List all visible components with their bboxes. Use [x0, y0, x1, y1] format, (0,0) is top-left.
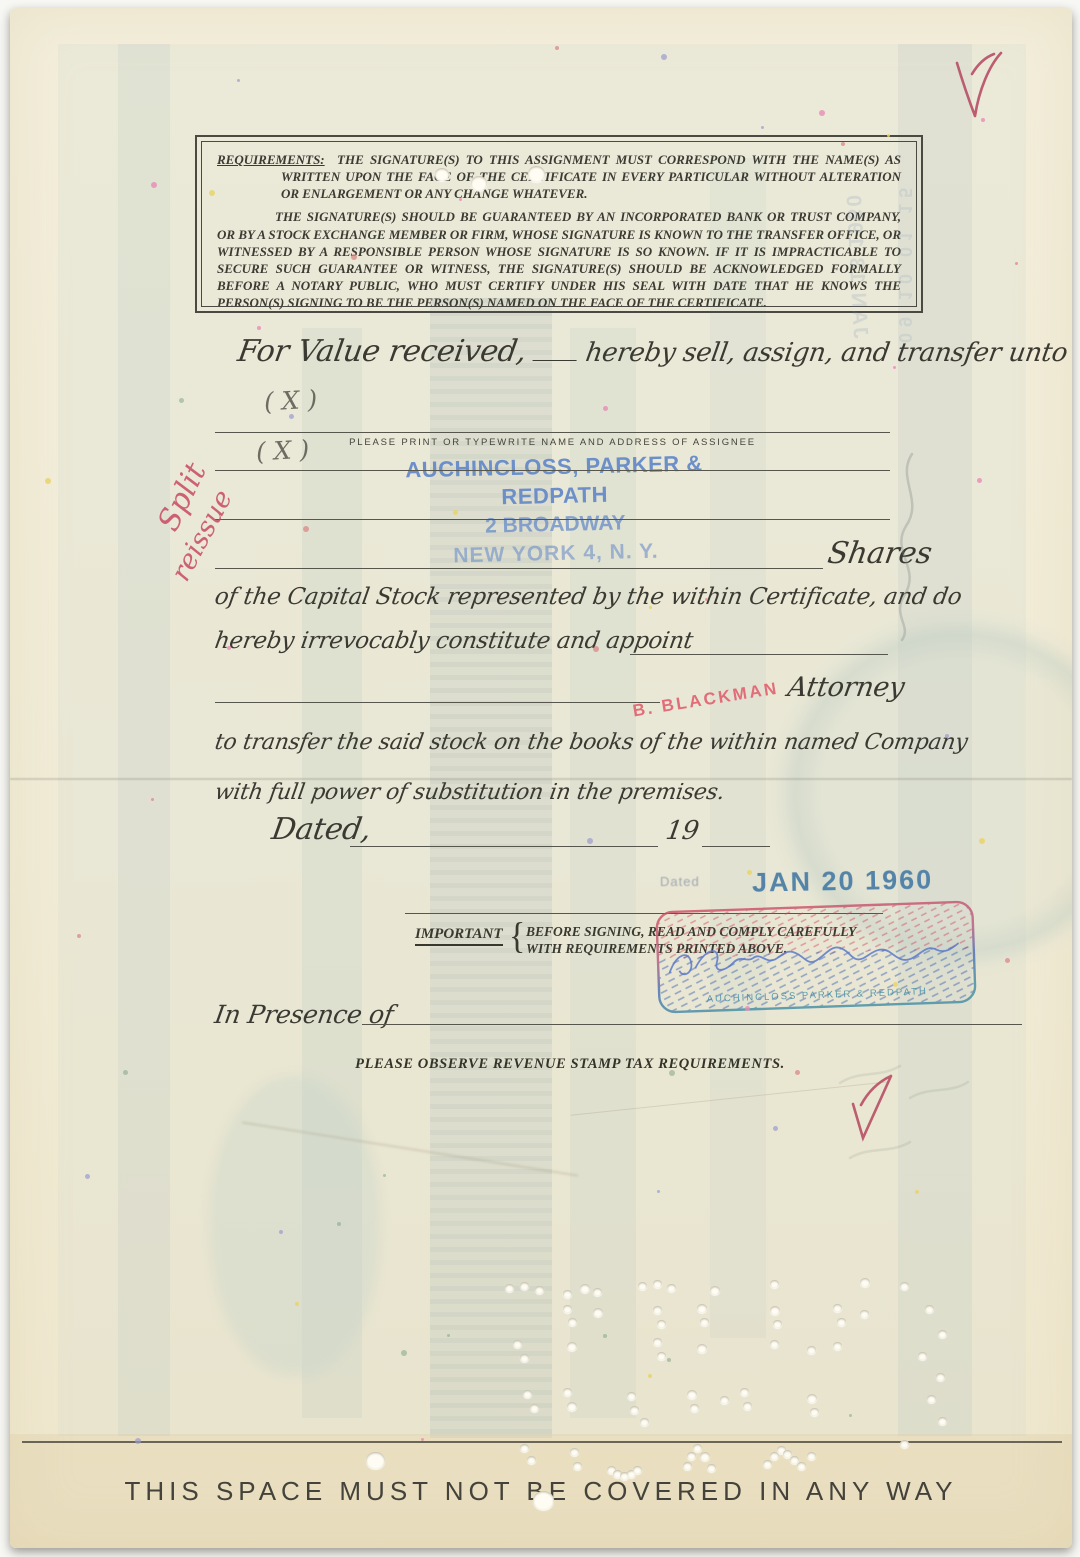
- color-speckle: [603, 1334, 607, 1338]
- red-checkmark-bottom: [853, 1076, 891, 1138]
- punch-hole: [435, 168, 449, 181]
- punch-hole: [520, 1282, 529, 1290]
- capital-stock-line: of the Capital Stock represented by the …: [213, 584, 963, 610]
- requirements-text-1: THE SIGNATURE(S) TO THIS ASSIGNMENT MUST…: [281, 152, 901, 201]
- punch-hole: [807, 1346, 816, 1354]
- punch-hole: [687, 1390, 697, 1399]
- color-speckle: [603, 406, 608, 411]
- wrinkle-crease: [242, 1121, 578, 1176]
- punch-hole: [627, 1392, 636, 1400]
- color-speckle: [227, 646, 231, 650]
- ghost-pencil-scribbles: [840, 1066, 968, 1158]
- value-received-line: For Value received,hereby sell, assign, …: [235, 334, 1070, 369]
- color-speckle: [667, 1358, 671, 1362]
- transfer-books-line: to transfer the said stock on the books …: [213, 730, 969, 755]
- punch-hole: [667, 1284, 676, 1292]
- signature-guarantee-stamp: AUCHINCLOSS PARKER & REDPATH: [653, 898, 979, 1017]
- punch-hole: [697, 1304, 707, 1313]
- punch-hole: [936, 1373, 945, 1381]
- color-speckle: [705, 598, 708, 601]
- punch-hole: [533, 1491, 554, 1510]
- color-speckle: [555, 46, 559, 50]
- punch-hole: [683, 1462, 692, 1470]
- color-speckle: [123, 1070, 128, 1075]
- red-checkmark-top: [957, 53, 1001, 116]
- punch-hole: [563, 1290, 572, 1298]
- punch-hole: [900, 1440, 909, 1448]
- color-speckle: [179, 398, 184, 403]
- color-speckle: [849, 1414, 852, 1417]
- color-speckle: [915, 1190, 919, 1194]
- color-speckle: [669, 1070, 675, 1076]
- color-speckle: [761, 126, 764, 129]
- punch-hole: [833, 1342, 842, 1350]
- punch-hole: [523, 1390, 532, 1398]
- punch-hole: [653, 1280, 662, 1288]
- punch-hole: [810, 1408, 819, 1416]
- color-speckle: [657, 1190, 660, 1193]
- revenue-stamp-note: PLEASE OBSERVE REVENUE STAMP TAX REQUIRE…: [290, 1056, 850, 1073]
- color-speckle: [773, 1126, 778, 1131]
- punch-hole: [797, 1462, 806, 1470]
- punch-hole: [657, 1320, 666, 1328]
- dated-blank-line: [350, 846, 658, 847]
- color-speckle: [151, 182, 157, 188]
- punch-hole: [938, 1417, 947, 1425]
- date-received-stamp: JAN 20 1960: [752, 864, 934, 898]
- punch-hole: [925, 1305, 934, 1313]
- punch-hole: [860, 1278, 870, 1287]
- color-speckle: [303, 526, 309, 532]
- punch-hole: [773, 1320, 782, 1328]
- color-speckle: [459, 198, 462, 201]
- punch-hole: [700, 1318, 709, 1326]
- punch-hole: [770, 1452, 779, 1460]
- punch-hole: [633, 1466, 642, 1474]
- punch-hole: [837, 1318, 846, 1326]
- punch-hole: [568, 1318, 577, 1326]
- punch-hole: [567, 1402, 577, 1411]
- punch-hole: [697, 1344, 707, 1353]
- color-speckle: [795, 1070, 800, 1075]
- witness-line: [362, 1024, 1022, 1025]
- punch-hole: [563, 1305, 572, 1313]
- guarantee-stamp-graphic: AUCHINCLOSS PARKER & REDPATH: [653, 898, 979, 1017]
- color-speckle: [209, 190, 215, 196]
- punch-hole: [513, 1340, 522, 1348]
- punch-hole: [927, 1395, 936, 1403]
- attorney-blank-line: [215, 702, 660, 703]
- punch-hole: [693, 1444, 702, 1452]
- color-speckle: [337, 1222, 341, 1226]
- color-speckle: [135, 1438, 141, 1444]
- important-brace: {: [509, 916, 525, 958]
- dated-faint-stamp: Dated: [660, 874, 700, 889]
- punch-hole: [687, 1452, 696, 1460]
- punch-hole: [580, 1284, 590, 1293]
- assignee-line-2: [215, 519, 890, 520]
- assignee-stamp-name: AUCHINCLOSS, PARKER & REDPATH: [349, 447, 760, 514]
- punch-hole: [833, 1304, 842, 1312]
- requirements-box: REQUIREMENTS: THE SIGNATURE(S) TO THIS A…: [195, 135, 923, 313]
- punch-hole: [860, 1310, 869, 1318]
- color-speckle: [747, 870, 752, 875]
- attorney-label: Attorney: [786, 672, 907, 703]
- shares-label: Shares: [825, 536, 934, 571]
- punch-hole: [530, 1404, 539, 1412]
- year-blank-line: [702, 846, 770, 847]
- color-speckle: [295, 1302, 299, 1306]
- assignee-address-stamp: AUCHINCLOSS, PARKER & REDPATH 2 BROADWAY…: [349, 447, 762, 572]
- wrinkle-crease-2: [571, 1081, 889, 1115]
- punch-hole: [573, 1462, 582, 1470]
- punch-hole: [520, 1444, 529, 1452]
- color-speckle: [77, 934, 81, 938]
- color-speckle: [237, 79, 240, 82]
- punch-hole: [567, 1342, 577, 1351]
- color-speckle: [745, 1006, 750, 1011]
- color-speckle: [421, 1438, 424, 1441]
- punch-hole: [900, 1282, 909, 1290]
- color-speckle: [587, 838, 593, 844]
- punch-hole: [690, 1404, 699, 1412]
- color-speckle: [648, 1374, 652, 1378]
- attorney-name-line: [630, 654, 888, 655]
- color-speckle: [593, 646, 599, 652]
- constitute-line: hereby irrevocably constitute and appoin…: [213, 628, 695, 654]
- punch-hole: [763, 1460, 772, 1468]
- punch-hole: [527, 1456, 536, 1464]
- punch-hole: [366, 1452, 385, 1469]
- punch-hole: [520, 1354, 529, 1362]
- shares-line: [215, 568, 823, 569]
- color-speckle: [649, 606, 652, 609]
- punch-hole: [570, 1448, 579, 1456]
- color-speckle: [945, 734, 949, 738]
- punch-hole: [938, 1330, 947, 1338]
- requirements-paragraph-2: THE SIGNATURE(S) SHOULD BE GUARANTEED BY…: [217, 208, 901, 311]
- punch-hole: [707, 1464, 716, 1472]
- dated-label: Dated,: [269, 812, 373, 847]
- attorney-name-stamp: B. BLACKMAN: [631, 679, 780, 722]
- punch-hole: [770, 1280, 779, 1288]
- requirements-paragraph-1: REQUIREMENTS: THE SIGNATURE(S) TO THIS A…: [217, 151, 901, 202]
- punch-hole: [657, 1352, 666, 1360]
- punch-hole: [638, 1282, 647, 1290]
- punch-hole: [471, 176, 487, 191]
- color-speckle: [257, 326, 261, 330]
- color-speckle: [819, 110, 825, 116]
- punch-hole: [700, 1452, 710, 1461]
- color-speckle: [893, 366, 896, 369]
- color-speckle: [453, 510, 458, 515]
- color-speckle: [893, 982, 898, 987]
- punch-hole: [563, 1388, 572, 1396]
- punch-hole: [770, 1306, 780, 1315]
- substitution-line: with full power of substitution in the p…: [213, 780, 726, 805]
- color-speckle: [289, 414, 294, 419]
- color-speckle: [841, 142, 845, 146]
- punch-hole: [807, 1394, 817, 1403]
- color-speckle: [351, 254, 357, 260]
- important-label: IMPORTANT: [415, 926, 503, 946]
- punch-hole: [593, 1308, 603, 1317]
- color-speckle: [1005, 958, 1010, 963]
- blank-assignor: [533, 360, 577, 361]
- punch-hole: [720, 1396, 729, 1404]
- punch-hole: [807, 1452, 816, 1460]
- punch-hole: [640, 1418, 649, 1426]
- assignee-line-0: [215, 432, 890, 433]
- showthrough-medallion: [210, 1076, 380, 1376]
- color-speckle: [383, 1174, 386, 1177]
- color-speckle: [45, 478, 51, 484]
- color-speckle: [401, 1350, 407, 1356]
- color-speckle: [661, 54, 667, 60]
- punch-hole: [528, 166, 545, 182]
- color-speckle: [151, 798, 154, 801]
- sell-assign-text: hereby sell, assign, and transfer unto: [583, 338, 1069, 368]
- year-prefix: 19: [664, 816, 701, 846]
- color-speckle: [977, 478, 982, 483]
- showthrough-band-left: [118, 44, 170, 1436]
- assignee-caption: PLEASE PRINT OR TYPEWRITE NAME AND ADDRE…: [215, 437, 890, 448]
- punch-hole: [653, 1306, 662, 1314]
- punch-hole: [710, 1286, 720, 1295]
- color-speckle: [1015, 262, 1018, 265]
- punch-hole: [743, 1402, 752, 1410]
- color-speckle: [279, 1230, 283, 1234]
- punch-hole: [653, 1338, 662, 1346]
- punch-hole: [593, 1288, 602, 1296]
- requirements-label: REQUIREMENTS:: [217, 152, 325, 167]
- color-speckle: [447, 1334, 450, 1337]
- bleedthrough-numbers: 09 10 01 15: [894, 182, 915, 343]
- punch-hole: [505, 1284, 514, 1292]
- punch-hole: [535, 1286, 544, 1294]
- punch-hole: [770, 1340, 779, 1348]
- stock-certificate-back: REQUIREMENTS: THE SIGNATURE(S) TO THIS A…: [10, 8, 1072, 1548]
- color-speckle: [981, 118, 985, 122]
- color-speckle: [887, 134, 890, 137]
- punch-hole: [740, 1388, 749, 1396]
- color-speckle: [979, 838, 985, 844]
- color-speckle: [85, 1174, 90, 1179]
- assignee-line-1: [215, 470, 890, 471]
- punch-hole: [630, 1406, 639, 1414]
- punch-hole: [918, 1352, 927, 1360]
